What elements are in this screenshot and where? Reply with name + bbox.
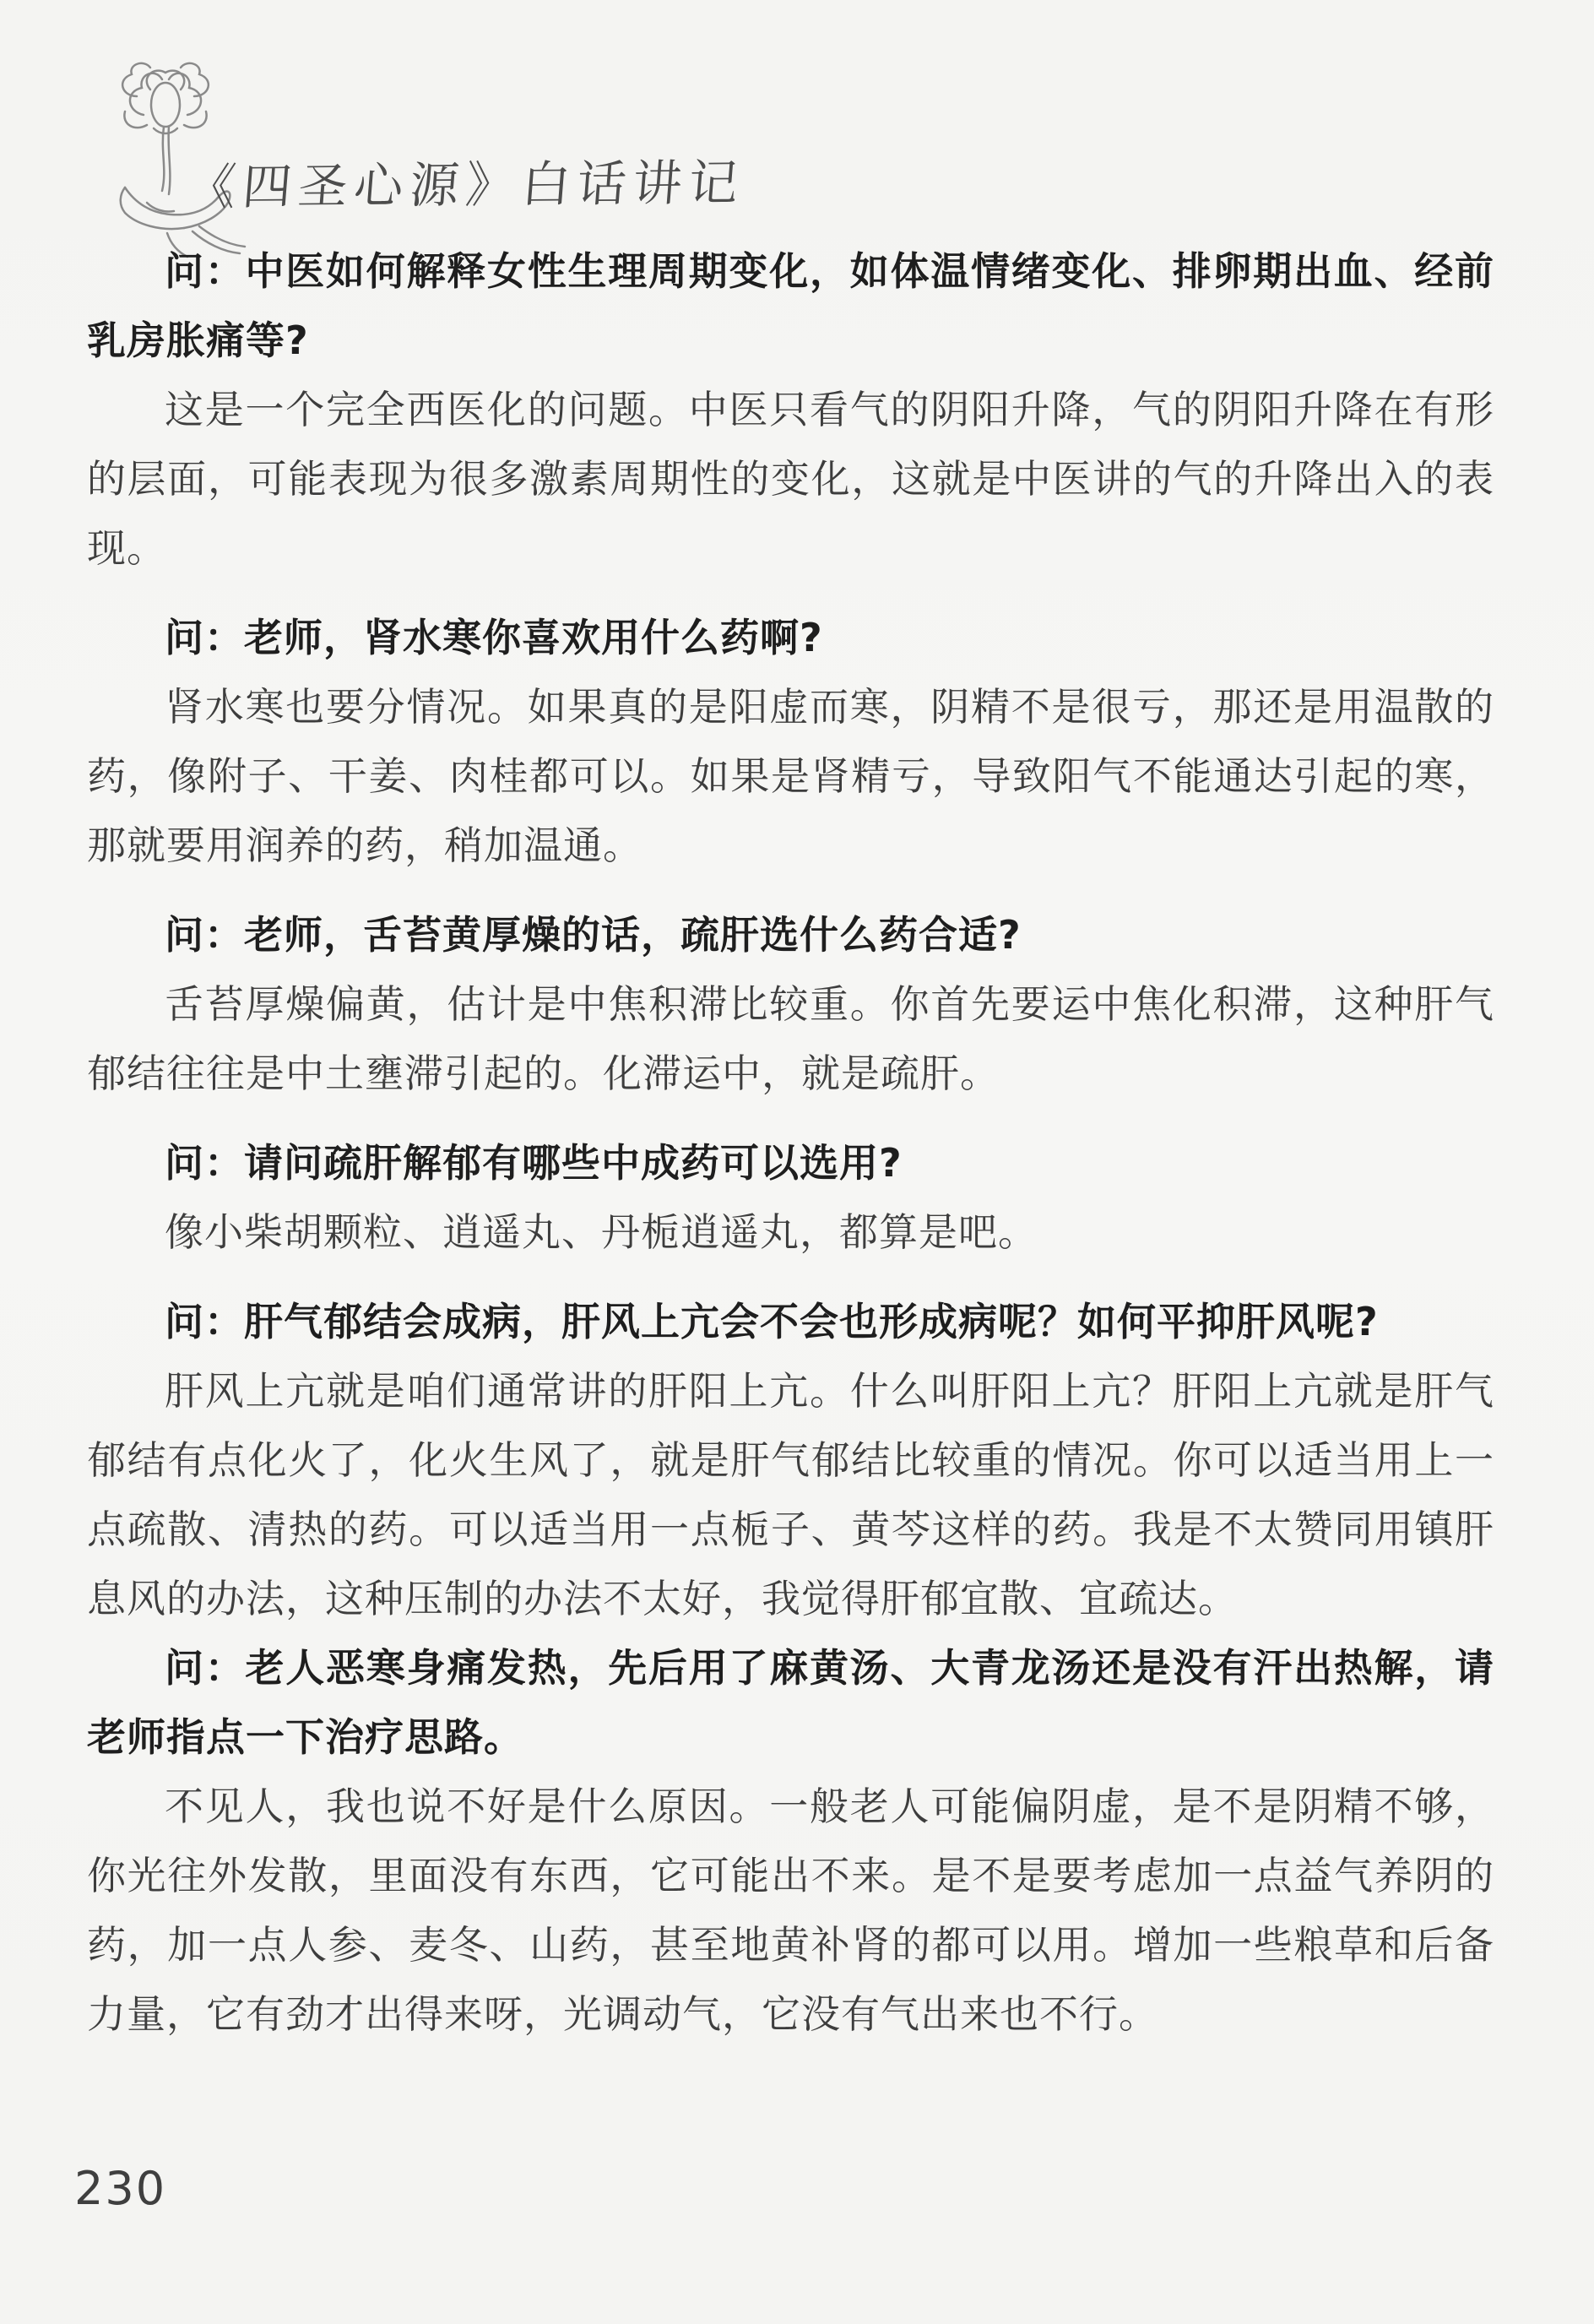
answer-paragraph: 肾水寒也要分情况。如果真的是阳虚而寒，阴精不是很亏，那还是用温散的药，像附子、干…	[87, 672, 1494, 880]
question-paragraph: 问：老师，舌苔黄厚燥的话，疏肝选什么药合适?	[87, 900, 1494, 969]
answer-paragraph: 舌苔厚燥偏黄，估计是中焦积滞比较重。你首先要运中焦化积滞，这种肝气郁结往往是中土…	[87, 969, 1494, 1108]
question-paragraph: 问：请问疏肝解郁有哪些中成药可以选用?	[87, 1128, 1494, 1197]
answer-paragraph: 像小柴胡颗粒、逍遥丸、丹栀逍遥丸，都算是吧。	[87, 1197, 1494, 1267]
answer-paragraph: 不见人，我也说不好是什么原因。一般老人可能偏阴虚，是不是阴精不够，你光往外发散，…	[87, 1772, 1494, 2049]
book-title: 《四圣心源》白话讲记	[184, 143, 747, 219]
question-paragraph: 问：肝气郁结会成病，肝风上亢会不会也形成病呢？如何平抑肝风呢?	[87, 1287, 1494, 1356]
answer-paragraph: 这是一个完全西医化的问题。中医只看气的阴阳升降，气的阴阳升降在有形的层面，可能表…	[87, 375, 1494, 583]
question-paragraph: 问：老人恶寒身痛发热，先后用了麻黄汤、大青龙汤还是没有汗出热解，请老师指点一下治…	[87, 1633, 1494, 1772]
book-page: 《四圣心源》白话讲记 问：中医如何解释女性生理周期变化，如体温情绪变化、排卵期出…	[0, 0, 1594, 2324]
answer-paragraph: 肝风上亢就是咱们通常讲的肝阳上亢。什么叫肝阳上亢？肝阳上亢就是肝气郁结有点化火了…	[87, 1356, 1494, 1633]
content: 问：中医如何解释女性生理周期变化，如体温情绪变化、排卵期出血、经前乳房胀痛等? …	[87, 236, 1494, 2049]
page-number: 230	[74, 2162, 166, 2215]
question-paragraph: 问：老师，肾水寒你喜欢用什么药啊?	[87, 603, 1494, 672]
question-paragraph: 问：中医如何解释女性生理周期变化，如体温情绪变化、排卵期出血、经前乳房胀痛等?	[87, 236, 1494, 375]
